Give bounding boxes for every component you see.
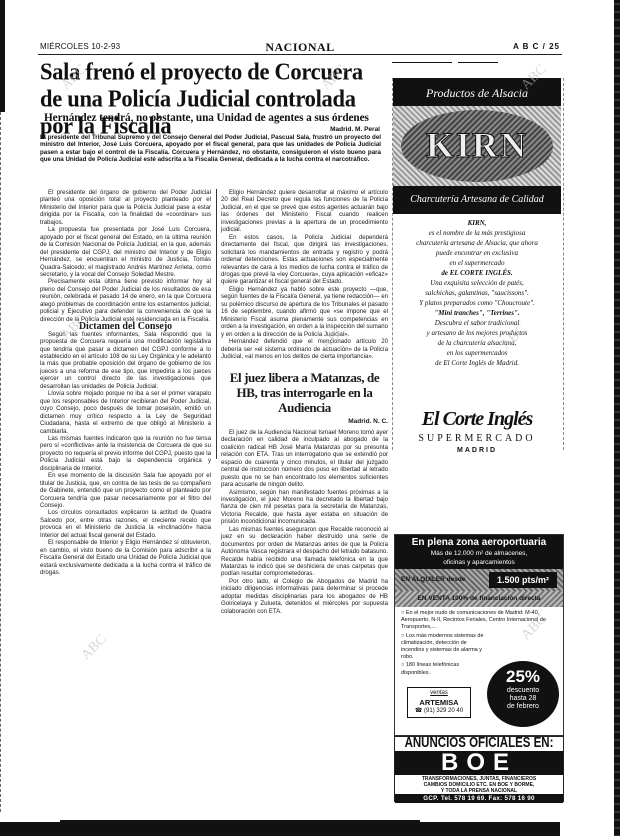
el-corte-ingles-logo: El Corte Inglés SUPERMERCADO MADRID — [393, 408, 561, 454]
paragraph: La propuesta fue presentada por José Lui… — [40, 226, 211, 278]
airport-zone-advertisement: En plena zona aeroportuaria Más de 12.00… — [394, 534, 564, 736]
paragraph: En ese momento de la discusión Sala fue … — [40, 472, 211, 509]
feature-item: ○ 180 líneas telefónicas disponibles. — [401, 662, 481, 676]
kirn-line: Descubra el sabor tradicional — [393, 318, 561, 328]
kirn-bottom-banner: Charcutería Artesana de Calidad — [393, 186, 561, 214]
kirn-body-text: KIRN, es el nombre de la más prestigiosa… — [393, 218, 561, 368]
kirn-advertisement: Productos de Alsacia KIRN Charcutería Ar… — [392, 78, 564, 450]
paragraph: El responsable de Interior y Eligio Hern… — [40, 539, 211, 576]
article-subtitle: Hernández tendrá, no obstante, una Unida… — [44, 112, 384, 124]
page-header: MIÉRCOLES 10-2-93 NACIONAL A B C / 25 — [38, 40, 562, 55]
kirn-line: es el nombre de la más prestigiosa — [393, 228, 561, 238]
rent-price: 1.500 pts/m² — [489, 572, 557, 588]
paragraph: Según las fuentes informantes, Sala resp… — [40, 331, 211, 391]
kirn-wordmark: KIRN — [393, 124, 561, 166]
divider — [392, 62, 452, 63]
store-city: MADRID — [393, 447, 561, 454]
watermark: ABC — [79, 632, 111, 664]
aero-sub-line: Más de 12.000 m² de almacenes, — [395, 549, 563, 558]
paragraph: Asimismo, según han manifestado fuentes … — [221, 489, 388, 526]
feature-text: Los más modernos sistemas de climatizaci… — [401, 633, 484, 661]
aero-subtitle: Más de 12.000 m² de almacenes, oficinas … — [395, 549, 563, 569]
aero-sub-line: oficinas y aparcamientos — [395, 558, 563, 567]
kirn-line: puede encontrar en exclusiva — [393, 248, 561, 258]
kirn-line: de la charcutería alsaciana, — [393, 338, 561, 348]
paragraph: En estos casos, la Policía Judicial depe… — [221, 234, 388, 286]
boe-advertisement: ANUNCIOS OFICIALES EN: BOE TRANSFORMACIO… — [394, 736, 564, 802]
article2-byline: Madrid. N. C. — [221, 418, 388, 425]
discount-badge: 25% descuento hasta 28 de febrero — [487, 661, 559, 727]
article-lead: El presidente del Tribunal Supremo y del… — [40, 134, 381, 164]
kirn-line: charcutería artesana de Alsacia, que aho… — [393, 238, 561, 248]
page-number: A B C / 25 — [513, 42, 560, 51]
paragraph: Por otro lado, el Colegio de Abogados de… — [221, 578, 388, 615]
boe-headline: ANUNCIOS OFICIALES EN: — [395, 735, 563, 751]
paragraph: Los círculos consultados explicaron la a… — [40, 509, 211, 539]
kirn-line: Y platos preparados como "Choucroute". — [393, 298, 561, 308]
kirn-line: en el supermercado — [393, 258, 561, 268]
kirn-line: y artesano de los mejores productos — [393, 328, 561, 338]
paragraph: Hernández defendió que el mencionado art… — [221, 338, 388, 360]
kirn-line: de El Corte Inglés de Madrid. — [393, 358, 561, 368]
discount-text: hasta 28 — [487, 695, 559, 703]
paragraph: Las mismas fuentes aseguraron que Recald… — [221, 526, 388, 578]
paragraph: Eligio Hernández ya habló sobre este pro… — [221, 286, 388, 338]
boe-contact: GCP. Tel. 578 19 69. Fax: 578 16 90 — [395, 794, 563, 803]
discount-text: de febrero — [487, 703, 559, 711]
agent-phone: ☎ (91) 329 20 40 — [408, 707, 470, 716]
aero-rent-band: EN ALQUILER desde 1.500 pts/m² — [395, 569, 563, 591]
section-title: NACIONAL — [38, 40, 562, 55]
paragraph: El presidente del órgano de gobierno del… — [40, 189, 211, 226]
scan-edge-left-dashed — [0, 112, 3, 812]
paragraph: Llovía sobre mojado porque no iba a ser … — [40, 390, 211, 435]
paragraph: Las mismas fuentes indicaron que la reun… — [40, 435, 211, 472]
scan-edge-left — [0, 0, 5, 112]
scan-edge-right — [614, 0, 620, 836]
kirn-line: salchichas, galantinas, "saucissons". — [393, 288, 561, 298]
kirn-line: en los supermercados — [393, 348, 561, 358]
feature-text: 180 líneas telefónicas disponibles. — [401, 662, 459, 675]
boe-body: TRANSFORMACIONES, JUNTAS, FINANCIEROS CA… — [395, 776, 563, 794]
store-subtitle: SUPERMERCADO — [393, 433, 561, 444]
kirn-line: KIRN, — [393, 218, 561, 228]
kirn-logo: KIRN — [393, 106, 561, 186]
paragraph: Precisamente esta última tiene previsto … — [40, 278, 211, 323]
scan-rule-bottom — [60, 820, 420, 822]
aero-sale-band: EN VENTA 100% de financiación directa — [395, 591, 563, 607]
article-byline: Madrid. M. Peral — [300, 126, 380, 133]
agent-name: ARTEMISA — [408, 698, 470, 707]
kirn-line: Una exquisita selección de patés, — [393, 278, 561, 288]
discount-text: descuento — [487, 687, 559, 695]
paragraph: El juez de la Audiencia Nacional Ismael … — [221, 429, 388, 489]
kirn-line: de EL CORTE INGLÉS. — [393, 268, 561, 278]
article-column-1: El presidente del órgano de gobierno del… — [40, 189, 211, 577]
feature-text: En el mejor nudo de comunicaciones de Ma… — [401, 610, 546, 630]
paragraph: Eligio Hernández quiere desarrollar al m… — [221, 189, 388, 234]
kirn-line: "Mini tranches", "Terrines". — [393, 308, 561, 318]
agent-box: ventas ARTEMISA ☎ (91) 329 20 40 — [407, 687, 471, 718]
section-subhead: Dictamen del Consejo — [40, 323, 211, 330]
aero-headline: En plena zona aeroportuaria — [395, 535, 563, 549]
discount-percent: 25% — [487, 667, 559, 687]
article-column-2: Eligio Hernández quiere desarrollar al m… — [216, 189, 388, 459]
article2-headline: El juez libera a Matanzas, de HB, tras i… — [221, 370, 388, 415]
feature-item: ○ Los más modernos sistemas de climatiza… — [401, 633, 491, 662]
divider — [458, 62, 498, 63]
store-name: El Corte Inglés — [393, 408, 561, 431]
agent-label: ventas — [408, 689, 470, 698]
scan-edge-bottom — [0, 822, 560, 836]
rent-label: EN ALQUILER desde — [401, 576, 465, 583]
kirn-top-banner: Productos de Alsacia — [393, 78, 561, 106]
boe-logo: BOE — [395, 751, 563, 775]
feature-item: ○ En el mejor nudo de comunicaciones de … — [401, 610, 559, 632]
